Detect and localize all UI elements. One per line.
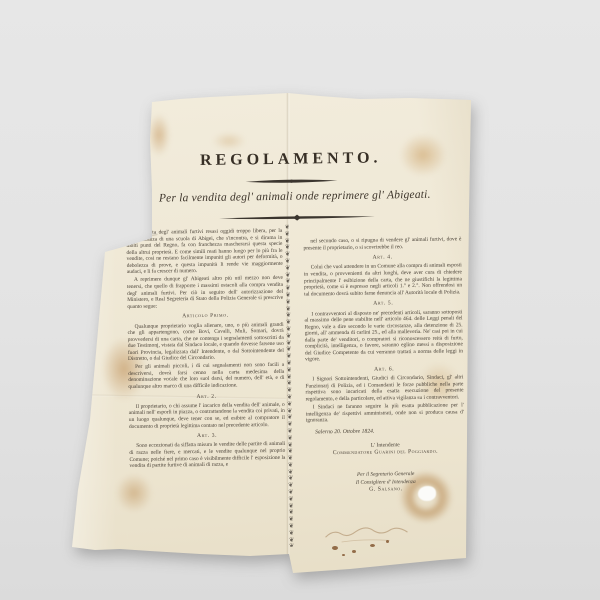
- body-paragraph: Sono eccezionati da siffatta misura le v…: [129, 441, 285, 469]
- article-heading: Articolo Primo.: [127, 312, 283, 321]
- body-paragraph: Il proprietario, o chi assume l' incaric…: [129, 402, 285, 430]
- body-paragraph: Qualunque proprietario voglia alienare, …: [128, 321, 285, 362]
- body-paragraph: Per gli animali piccoli, i di cui segnal…: [128, 362, 284, 390]
- signature-name: G. Salsano.: [307, 486, 465, 495]
- ornamental-rule-under-title: [244, 177, 340, 185]
- body-paragraph: Colui che vuol attendere in un Comune al…: [304, 263, 462, 298]
- document-paper: REGOLAMENTO. Per la vendita degl' animal…: [70, 90, 472, 576]
- article-heading: Art. 6.: [305, 365, 463, 374]
- body-paragraph: La vendita degl' animali furtivi resasi …: [126, 228, 283, 276]
- left-column: La vendita degl' animali furtivi resasi …: [126, 228, 285, 471]
- ornamental-rule-under-subtitle: [217, 213, 377, 223]
- article-heading: Art. 2.: [129, 392, 285, 401]
- body-paragraph: I Signori Sottointendenti, Giudici di Ci…: [305, 375, 463, 403]
- printed-content: REGOLAMENTO. Per la vendita degl' animal…: [67, 87, 476, 579]
- body-paragraph: nel secondo caso, o si ripugna di vender…: [303, 236, 461, 251]
- article-heading: Art. 3.: [129, 432, 285, 441]
- article-heading: Art. 4.: [304, 253, 462, 262]
- document-title: REGOLAMENTO.: [188, 149, 393, 170]
- body-paragraph: I Sindaci ne faranno seguire la più esat…: [306, 402, 464, 424]
- paper-shadow-wrapper: REGOLAMENTO. Per la vendita degl' animal…: [70, 90, 472, 576]
- photo-background: REGOLAMENTO. Per la vendita degl' animal…: [0, 0, 600, 600]
- date-line: Salerno 20. Ottobre 1824.: [306, 427, 464, 436]
- right-column: nel secondo caso, o si ripugna di vender…: [303, 236, 465, 494]
- body-paragraph: A reprimere dunque gl' Abigeati altro pi…: [127, 275, 283, 310]
- article-heading: Art. 5.: [304, 300, 462, 309]
- body-paragraph: I contravventori al disposto ne' precede…: [304, 309, 463, 364]
- signature-name: Commendatore Guarini del Poggiardo.: [306, 449, 464, 458]
- document-subtitle: Per la vendita degl' animali onde reprim…: [157, 189, 433, 205]
- handwritten-flourish: [321, 522, 411, 545]
